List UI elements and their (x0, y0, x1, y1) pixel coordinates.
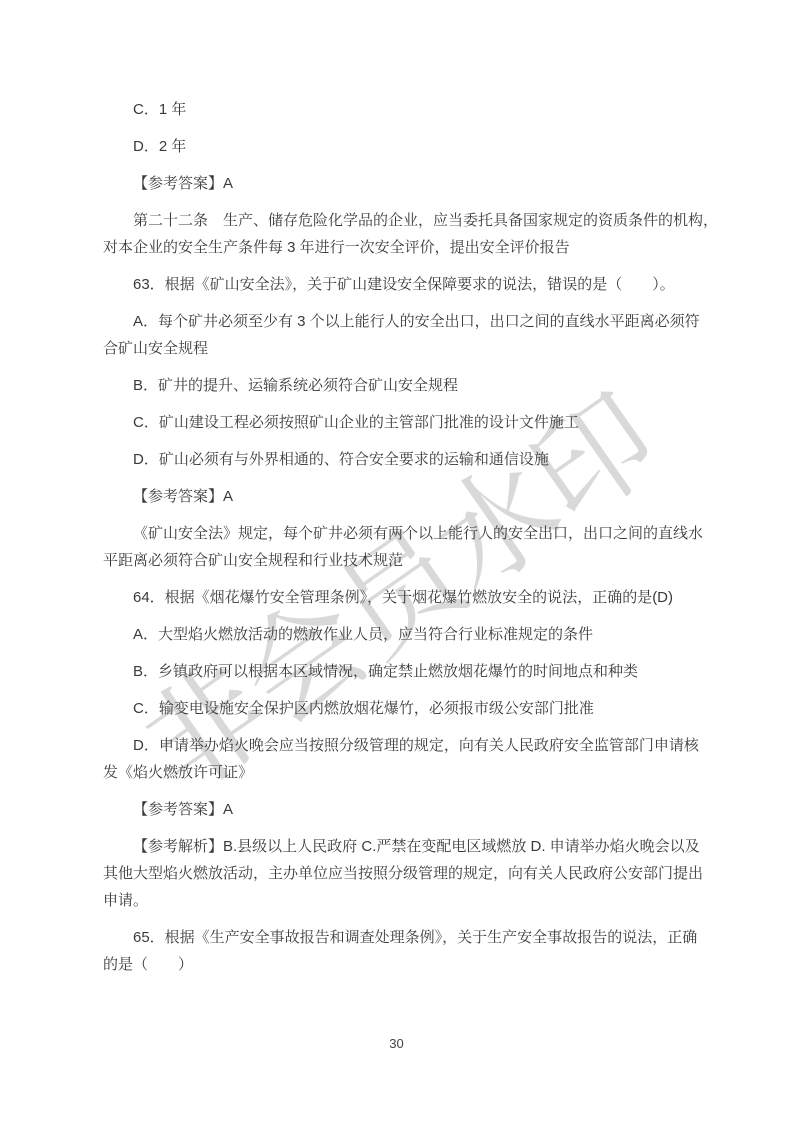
paragraph-option: C．输变电设施安全保护区内燃放烟花爆竹，必须报市级公安部门批准 (103, 695, 743, 722)
text-line: 64．根据《烟花爆竹安全管理条例》，关于烟花爆竹燃放安全的说法，正确的是(D) (103, 584, 743, 611)
text-line: 申请。 (103, 887, 743, 914)
paragraph-statute: 第二十二条 生产、储存危险化学品的企业，应当委托具备国家规定的资质条件的机构，对… (103, 207, 743, 261)
paragraph-answer: 【参考答案】A (103, 483, 743, 510)
paragraph-option: C．1 年 (103, 96, 743, 123)
paragraph-answer: 【参考答案】A (103, 796, 743, 823)
paragraph-analysis: 【参考解析】B.县级以上人民政府 C.严禁在变配电区域燃放 D. 申请举办焰火晚… (103, 833, 743, 914)
text-line: 【参考解析】B.县级以上人民政府 C.严禁在变配电区域燃放 D. 申请举办焰火晚… (103, 833, 743, 860)
paragraph-option: C．矿山建设工程必须按照矿山企业的主管部门批准的设计文件施工 (103, 409, 743, 436)
paragraph-explanation: 《矿山安全法》规定，每个矿井必须有两个以上能行人的安全出口，出口之间的直线水平距… (103, 520, 743, 574)
text-line: D．申请举办焰火晚会应当按照分级管理的规定，向有关人民政府安全监管部门申请核 (103, 732, 743, 759)
paragraph-option: A．大型焰火燃放活动的燃放作业人员，应当符合行业标准规定的条件 (103, 621, 743, 648)
text-line: A．每个矿井必须至少有 3 个以上能行人的安全出口，出口之间的直线水平距离必须符 (103, 308, 743, 335)
text-line: 平距离必须符合矿山安全规程和行业技术规范 (103, 547, 743, 574)
text-line: D．矿山必须有与外界相通的、符合安全要求的运输和通信设施 (103, 446, 743, 473)
text-line: B．矿井的提升、运输系统必须符合矿山安全规程 (103, 372, 743, 399)
text-line: 【参考答案】A (103, 170, 743, 197)
text-line: 对本企业的安全生产条件每 3 年进行一次安全评价，提出安全评价报告 (103, 234, 743, 261)
paragraph-option: A．每个矿井必须至少有 3 个以上能行人的安全出口，出口之间的直线水平距离必须符… (103, 308, 743, 362)
text-line: A．大型焰火燃放活动的燃放作业人员，应当符合行业标准规定的条件 (103, 621, 743, 648)
paragraph-question: 64．根据《烟花爆竹安全管理条例》，关于烟花爆竹燃放安全的说法，正确的是(D) (103, 584, 743, 611)
paragraph-answer: 【参考答案】A (103, 170, 743, 197)
text-line: 的是（ ） (103, 951, 743, 978)
paragraph-option: B．矿井的提升、运输系统必须符合矿山安全规程 (103, 372, 743, 399)
text-line: C．矿山建设工程必须按照矿山企业的主管部门批准的设计文件施工 (103, 409, 743, 436)
document-body: C．1 年D．2 年【参考答案】A第二十二条 生产、储存危险化学品的企业，应当委… (103, 96, 743, 988)
page-number: 30 (0, 1036, 793, 1051)
paragraph-option: B．乡镇政府可以根据本区域情况，确定禁止燃放烟花爆竹的时间地点和种类 (103, 658, 743, 685)
text-line: 【参考答案】A (103, 483, 743, 510)
paragraph-option: D．矿山必须有与外界相通的、符合安全要求的运输和通信设施 (103, 446, 743, 473)
text-line: D．2 年 (103, 133, 743, 160)
document-page: 非会员水印 C．1 年D．2 年【参考答案】A第二十二条 生产、储存危险化学品的… (0, 0, 793, 1122)
text-line: C．1 年 (103, 96, 743, 123)
text-line: C．输变电设施安全保护区内燃放烟花爆竹，必须报市级公安部门批准 (103, 695, 743, 722)
paragraph-question: 65．根据《生产安全事故报告和调查处理条例》，关于生产安全事故报告的说法，正确的… (103, 924, 743, 978)
text-line: 第二十二条 生产、储存危险化学品的企业，应当委托具备国家规定的资质条件的机构， (103, 207, 743, 234)
text-line: 发《焰火燃放许可证》 (103, 759, 743, 786)
text-line: 合矿山安全规程 (103, 335, 743, 362)
text-line: 【参考答案】A (103, 796, 743, 823)
paragraph-option: D．2 年 (103, 133, 743, 160)
text-line: 其他大型焰火燃放活动，主办单位应当按照分级管理的规定，向有关人民政府公安部门提出 (103, 860, 743, 887)
text-line: 《矿山安全法》规定，每个矿井必须有两个以上能行人的安全出口，出口之间的直线水 (103, 520, 743, 547)
paragraph-option: D．申请举办焰火晚会应当按照分级管理的规定，向有关人民政府安全监管部门申请核发《… (103, 732, 743, 786)
paragraph-question: 63．根据《矿山安全法》，关于矿山建设安全保障要求的说法，错误的是（ ）。 (103, 271, 743, 298)
text-line: 65．根据《生产安全事故报告和调查处理条例》，关于生产安全事故报告的说法，正确 (103, 924, 743, 951)
text-line: 63．根据《矿山安全法》，关于矿山建设安全保障要求的说法，错误的是（ ）。 (103, 271, 743, 298)
text-line: B．乡镇政府可以根据本区域情况，确定禁止燃放烟花爆竹的时间地点和种类 (103, 658, 743, 685)
